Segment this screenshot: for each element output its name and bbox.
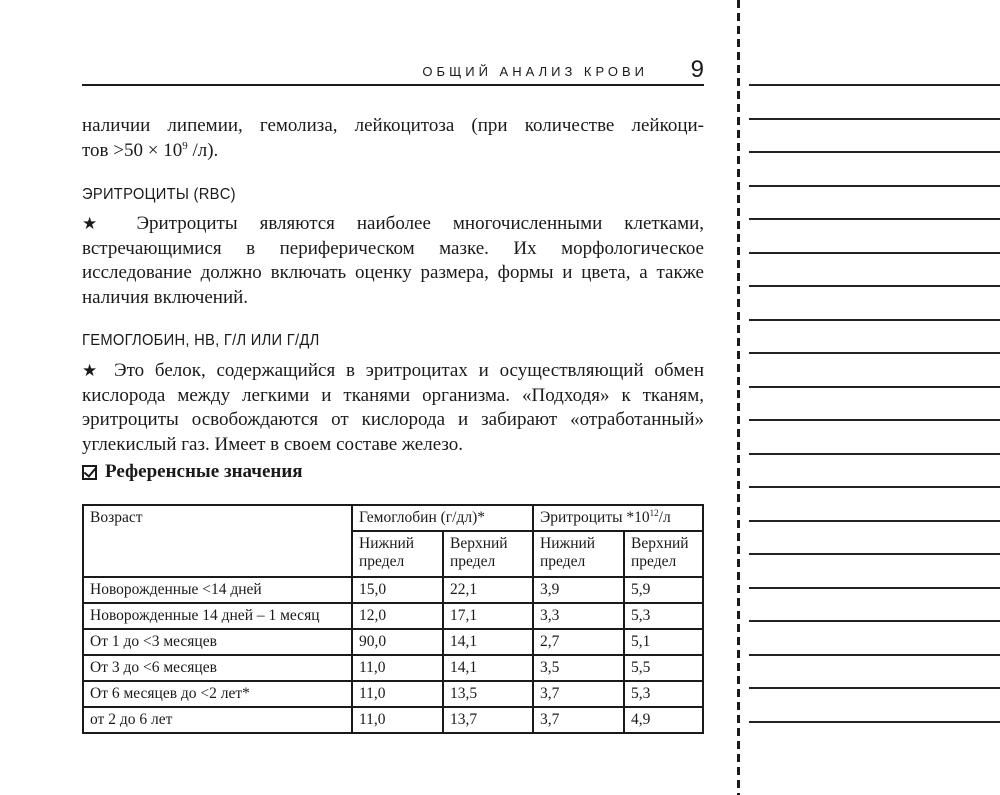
reference-values-table: Возраст Гемоглобин (г/дл)* Эритроциты *1… (82, 504, 704, 734)
cell-age: От 6 месяцев до <2 лет* (83, 681, 352, 707)
cell-rbc-lower: 3,7 (533, 681, 624, 707)
table-row: От 6 месяцев до <2 лет*11,013,53,75,3 (83, 681, 703, 707)
table-row: Новорожденные <14 дней15,022,13,95,9 (83, 577, 703, 603)
cell-rbc-lower: 3,7 (533, 707, 624, 733)
cell-hb-upper: 14,1 (443, 655, 533, 681)
section-paragraph-hemoglobin: ★ Это белок, содержащийся в эритроцитах … (82, 359, 704, 457)
checked-box-icon (82, 465, 97, 480)
cell-hb-lower: 11,0 (352, 681, 443, 707)
intro-paragraph: наличии липемии, гемолиза, лейкоцитоза (… (82, 114, 704, 163)
note-line (749, 319, 1000, 321)
note-line (749, 486, 1000, 488)
running-header: ОБЩИЙ АНАЛИЗ КРОВИ 9 (82, 56, 704, 86)
star-icon: ★ (82, 361, 103, 380)
cell-age: Новорожденные <14 дней (83, 577, 352, 603)
note-line (749, 721, 1000, 723)
cell-rbc-upper: 4,9 (624, 707, 703, 733)
cell-hb-upper: 14,1 (443, 629, 533, 655)
note-line (749, 84, 1000, 86)
section-paragraph-rbc: ★ Эритроциты являются наиболее многочисл… (82, 212, 704, 310)
cell-rbc-lower: 2,7 (533, 629, 624, 655)
note-line (749, 453, 1000, 455)
cell-hb-upper: 13,7 (443, 707, 533, 733)
margin-dashed-divider (737, 0, 740, 795)
note-line (749, 252, 1000, 254)
note-line (749, 151, 1000, 153)
cell-rbc-lower: 3,3 (533, 603, 624, 629)
intro-line-2: тов >50 × 109 /л). (82, 139, 704, 164)
table-row: От 3 до <6 месяцев11,014,13,55,5 (83, 655, 703, 681)
note-line (749, 386, 1000, 388)
header-rbc-lower: Нижний предел (533, 531, 624, 577)
reference-values-heading: Референсные значения (82, 461, 303, 483)
cell-hb-upper: 17,1 (443, 603, 533, 629)
table-header-row: Возраст Гемоглобин (г/дл)* Эритроциты *1… (83, 505, 703, 531)
cell-rbc-lower: 3,5 (533, 655, 624, 681)
note-line (749, 520, 1000, 522)
table-row: Новорожденные 14 дней – 1 месяц12,017,13… (83, 603, 703, 629)
cell-hb-upper: 22,1 (443, 577, 533, 603)
note-line (749, 419, 1000, 421)
cell-hb-upper: 13,5 (443, 681, 533, 707)
cell-rbc-upper: 5,3 (624, 603, 703, 629)
note-line (749, 620, 1000, 622)
cell-age: От 1 до <3 месяцев (83, 629, 352, 655)
note-line (749, 118, 1000, 120)
note-line (749, 285, 1000, 287)
cell-rbc-upper: 5,1 (624, 629, 703, 655)
note-line (749, 553, 1000, 555)
cell-rbc-upper: 5,9 (624, 577, 703, 603)
note-line (749, 654, 1000, 656)
cell-hb-lower: 12,0 (352, 603, 443, 629)
cell-age: от 2 до 6 лет (83, 707, 352, 733)
header-hemoglobin: Гемоглобин (г/дл)* (352, 505, 533, 531)
intro-line-1: наличии липемии, гемолиза, лейкоцитоза (… (82, 114, 704, 139)
running-title: ОБЩИЙ АНАЛИЗ КРОВИ (422, 64, 648, 79)
cell-hb-lower: 11,0 (352, 707, 443, 733)
note-line (749, 352, 1000, 354)
table-row: От 1 до <3 месяцев90,014,12,75,1 (83, 629, 703, 655)
cell-hb-lower: 15,0 (352, 577, 443, 603)
cell-age: От 3 до <6 месяцев (83, 655, 352, 681)
header-age: Возраст (83, 505, 352, 577)
table-row: от 2 до 6 лет11,013,73,74,9 (83, 707, 703, 733)
cell-rbc-upper: 5,3 (624, 681, 703, 707)
cell-rbc-lower: 3,9 (533, 577, 624, 603)
header-erythrocytes: Эритроциты *1012/л (533, 505, 703, 531)
cell-hb-lower: 11,0 (352, 655, 443, 681)
cell-age: Новорожденные 14 дней – 1 месяц (83, 603, 352, 629)
note-line (749, 587, 1000, 589)
header-hb-upper: Верхний предел (443, 531, 533, 577)
header-hb-lower: Нижний предел (352, 531, 443, 577)
note-line (749, 687, 1000, 689)
section-heading-hemoglobin: ГЕМОГЛОБИН, HB, Г/Л ИЛИ Г/ДЛ (82, 332, 320, 350)
cell-rbc-upper: 5,5 (624, 655, 703, 681)
header-rbc-upper: Верхний предел (624, 531, 703, 577)
note-line (749, 185, 1000, 187)
star-icon: ★ (82, 214, 114, 233)
note-line (749, 218, 1000, 220)
cell-hb-lower: 90,0 (352, 629, 443, 655)
page-number: 9 (691, 56, 704, 84)
section-heading-rbc: ЭРИТРОЦИТЫ (RBC) (82, 186, 236, 204)
